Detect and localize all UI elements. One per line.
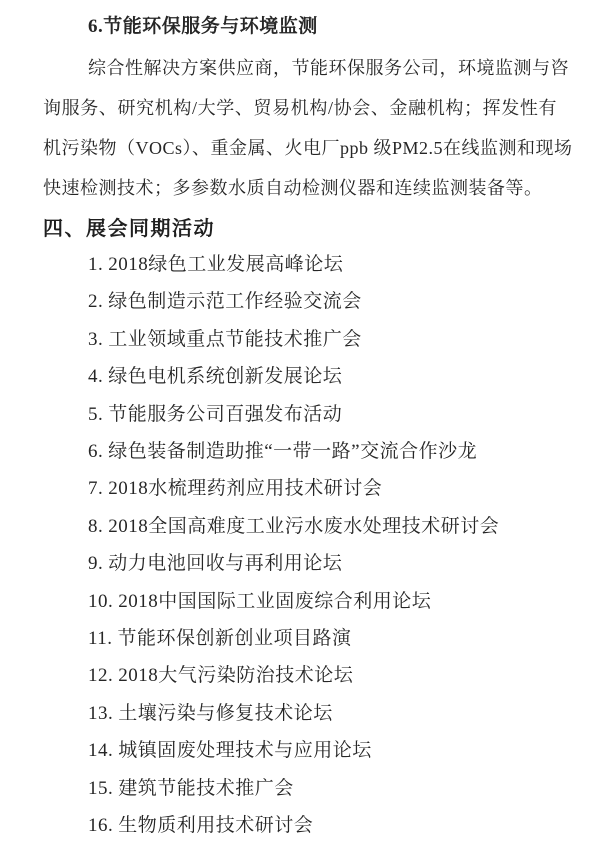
paragraph-line: 机污染物（VOCs）、重金属、火电厂ppb 级PM2.5在线监测和现场 xyxy=(43,128,557,168)
activity-number: 8. xyxy=(88,516,103,537)
activity-number: 6. xyxy=(88,441,103,462)
list-item: 2.绿色制造示范工作经验交流会 xyxy=(88,283,557,320)
paragraph-line: 询服务、研究机构/大学、贸易机构/协会、金融机构；挥发性有 xyxy=(43,88,557,128)
activities-list: 1.2018绿色工业发展高峰论坛 2.绿色制造示范工作经验交流会 3.工业领域重… xyxy=(43,246,557,845)
activity-number: 14. xyxy=(88,740,113,761)
activity-number: 4. xyxy=(88,366,103,387)
list-item: 1.2018绿色工业发展高峰论坛 xyxy=(88,246,557,283)
activity-number: 2. xyxy=(88,291,103,312)
list-item: 6.绿色装备制造助推“一带一路”交流合作沙龙 xyxy=(88,433,557,470)
activity-title: 城镇固废处理技术与应用论坛 xyxy=(118,740,372,761)
activity-title: 建筑节能技术推广会 xyxy=(118,778,294,799)
activity-title: 2018全国高难度工业污水废水处理技术研讨会 xyxy=(108,516,499,537)
activity-number: 10. xyxy=(88,591,113,612)
list-item: 9.动力电池回收与再利用论坛 xyxy=(88,545,557,582)
activity-title: 绿色装备制造助推“一带一路”交流合作沙龙 xyxy=(108,441,477,462)
list-item: 14.城镇固废处理技术与应用论坛 xyxy=(88,732,557,769)
list-item: 11.节能环保创新创业项目路演 xyxy=(88,620,557,657)
activity-number: 12. xyxy=(88,665,113,686)
list-item: 13.土壤污染与修复技术论坛 xyxy=(88,695,557,732)
activity-title: 动力电池回收与再利用论坛 xyxy=(108,553,342,574)
activity-title: 工业领域重点节能技术推广会 xyxy=(108,329,362,350)
list-item: 4.绿色电机系统创新发展论坛 xyxy=(88,358,557,395)
activity-number: 3. xyxy=(88,329,103,350)
list-item: 7.2018水梳理药剂应用技术研讨会 xyxy=(88,470,557,507)
list-item: 5.节能服务公司百强发布活动 xyxy=(88,396,557,433)
list-item: 10.2018中国国际工业固废综合利用论坛 xyxy=(88,583,557,620)
paragraph-line: 综合性解决方案供应商，节能环保服务公司，环境监测与咨 xyxy=(43,48,557,88)
document-page: 6.节能环保服务与环境监测 综合性解决方案供应商，节能环保服务公司，环境监测与咨… xyxy=(0,0,600,860)
list-item: 15.建筑节能技术推广会 xyxy=(88,770,557,807)
paragraph-line: 快速检测技术；多参数水质自动检测仪器和连续监测装备等。 xyxy=(43,168,557,208)
activity-title: 节能环保创新创业项目路演 xyxy=(118,628,352,649)
activity-title: 节能服务公司百强发布活动 xyxy=(108,404,342,425)
activity-title: 2018中国国际工业固废综合利用论坛 xyxy=(118,591,431,612)
activity-number: 13. xyxy=(88,703,113,724)
list-item: 3.工业领域重点节能技术推广会 xyxy=(88,321,557,358)
activity-number: 16. xyxy=(88,815,113,836)
activity-title: 2018大气污染防治技术论坛 xyxy=(118,665,353,686)
chapter-heading: 四、展会同期活动 xyxy=(43,215,557,243)
activity-number: 15. xyxy=(88,778,113,799)
activity-title: 生物质利用技术研讨会 xyxy=(118,815,313,836)
activity-title: 绿色制造示范工作经验交流会 xyxy=(108,291,362,312)
section-paragraph: 综合性解决方案供应商，节能环保服务公司，环境监测与咨 询服务、研究机构/大学、贸… xyxy=(43,48,557,208)
activity-number: 7. xyxy=(88,478,103,499)
activity-title: 绿色电机系统创新发展论坛 xyxy=(108,366,342,387)
activity-number: 5. xyxy=(88,404,103,425)
section-heading: 6.节能环保服务与环境监测 xyxy=(88,13,557,40)
activity-number: 11. xyxy=(88,628,113,649)
activity-title: 土壤污染与修复技术论坛 xyxy=(118,703,333,724)
activity-title: 2018水梳理药剂应用技术研讨会 xyxy=(108,478,382,499)
activity-number: 9. xyxy=(88,553,103,574)
list-item: 8.2018全国高难度工业污水废水处理技术研讨会 xyxy=(88,508,557,545)
activity-title: 2018绿色工业发展高峰论坛 xyxy=(108,254,343,275)
list-item: 16.生物质利用技术研讨会 xyxy=(88,807,557,844)
activity-number: 1. xyxy=(88,254,103,275)
list-item: 12.2018大气污染防治技术论坛 xyxy=(88,657,557,694)
